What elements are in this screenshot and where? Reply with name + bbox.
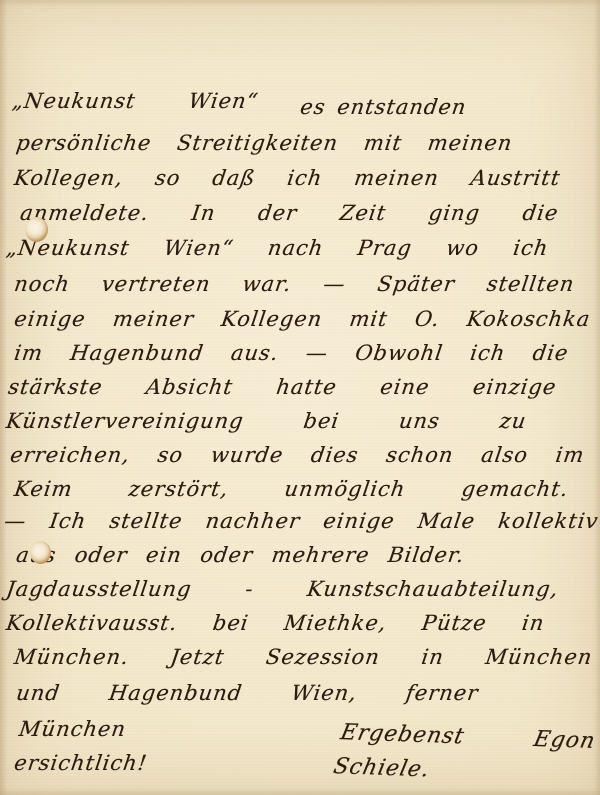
handwriting-line: aus oder ein oder mehrere Bilder. [14, 538, 467, 572]
handwriting-line: Jagdausstellung - Kunstschauabteilung, [4, 572, 561, 606]
handwriting-line: Kollegen, so daß ich meinen Austritt [12, 161, 563, 195]
handwriting-line: Kollektivausst. bei Miethke, Pütze in [4, 606, 547, 640]
handwriting-line: München. Jetzt Sezession in München [12, 640, 595, 674]
handwriting-line: erreichen, so wurde dies schon also im [8, 438, 587, 472]
handwriting-line: Künstlervereinigung bei uns zu [4, 404, 529, 438]
handwriting-line: „Neukunst Wien“ nach Prag wo ich [4, 231, 551, 265]
handwriting-line: es entstanden [298, 90, 469, 124]
signature-line: Ergebenst Egon Schiele. [330, 716, 599, 793]
letter-page: „Neukunst Wien“ es entstanden persönlich… [0, 0, 600, 795]
punch-hole [30, 541, 51, 564]
handwriting-line: noch vertreten war. — Später stellten [12, 267, 577, 301]
handwriting-line: Keim zerstört, unmöglich gemacht. [12, 472, 571, 506]
handwriting-line: anmeldete. In der Zeit ging die [18, 196, 561, 230]
handwriting-line: im Hagenbund aus. — Obwohl ich die [12, 336, 571, 370]
handwriting-line: München ersichtlich! [12, 712, 258, 780]
handwriting-line: — Ich stellte nachher einige Male kollek… [2, 504, 600, 538]
handwriting-line: persönliche Streitigkeiten mit meinen [14, 126, 515, 160]
punch-hole [25, 217, 48, 242]
handwriting-line: „Neukunst Wien“ [10, 84, 261, 118]
handwriting-line: und Hagenbund Wien, ferner [14, 676, 481, 710]
handwriting-line: stärkste Absicht hatte eine einzige [6, 370, 559, 404]
handwriting-line: einige meiner Kollegen mit O. Kokoschka [12, 302, 593, 336]
